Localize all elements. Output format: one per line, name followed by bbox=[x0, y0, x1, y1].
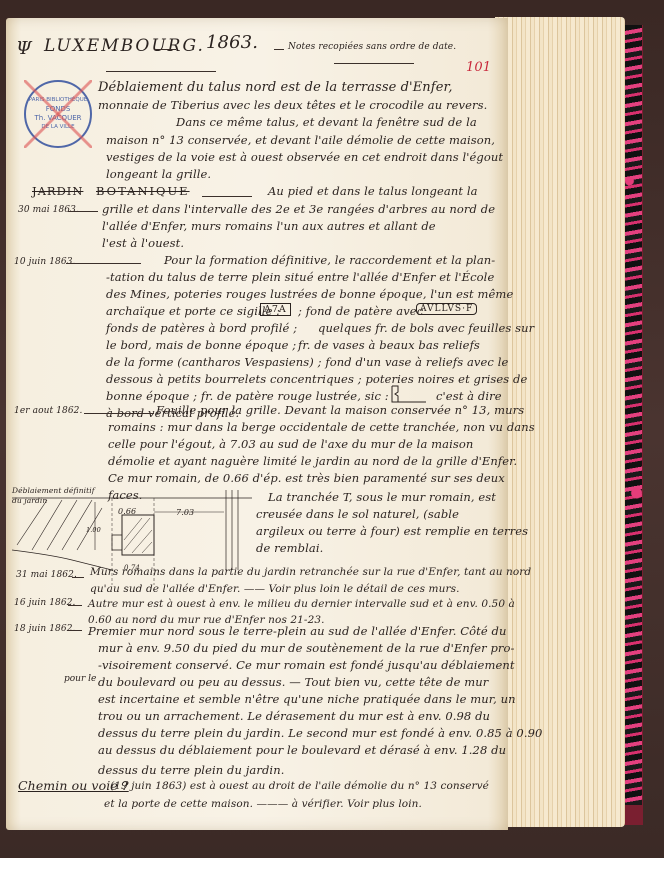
entry-line: -tation du talus de terre plein situé en… bbox=[106, 270, 494, 284]
page-title: LUXEMBOURG. bbox=[44, 36, 205, 56]
divider bbox=[334, 63, 414, 64]
intro-line: vestiges de la voie est à ouest observée… bbox=[106, 150, 503, 164]
entry-line: fr. de vases à beaux bas reliefs bbox=[298, 338, 480, 352]
entry-line: l'est à l'ouest. bbox=[102, 236, 184, 250]
entry-line: quelques fr. de bols avec feuilles sur bbox=[318, 321, 534, 335]
entry-line: archaïque et porte ce sigille : bbox=[106, 304, 280, 318]
divider bbox=[84, 413, 154, 414]
divider bbox=[106, 71, 216, 72]
entry-line: Pour la formation définitive, le raccord… bbox=[164, 253, 495, 267]
entry-line: le bord, mais de bonne époque ; bbox=[106, 338, 296, 352]
entry-line: l'allée d'Enfer, murs romains l'un aux a… bbox=[102, 219, 436, 233]
entry-line: Fouille pour la grille. Devant la maison… bbox=[156, 403, 524, 417]
sketch-dimension: 1.00 bbox=[86, 526, 101, 534]
intro-line: Dans ce même talus, et devant la fenêtre… bbox=[176, 115, 477, 129]
entry-line: argileux ou terre à four) est remplie en… bbox=[256, 524, 528, 538]
entry-line: c'est à dire bbox=[436, 389, 502, 403]
divider bbox=[72, 577, 84, 578]
sketch-dimension: 0.66 bbox=[118, 507, 136, 516]
entry-date: 31 mai 1862. bbox=[16, 570, 77, 580]
year: 1863. bbox=[206, 32, 258, 53]
intro-line: Déblaiement du talus nord est de la terr… bbox=[98, 80, 453, 95]
profile-sketch-icon bbox=[388, 384, 428, 404]
struck-heading: BOTANIQUE bbox=[96, 184, 190, 198]
entry-date: 16 juin 1862. bbox=[14, 598, 76, 608]
divider bbox=[202, 196, 252, 197]
entry-line: des Mines, poteries rouges lustrées de b… bbox=[106, 287, 513, 301]
entry-date: 30 mai 1863. bbox=[18, 205, 79, 215]
stamp-cancel-mark bbox=[24, 80, 92, 148]
entry-date: 10 juin 1863. bbox=[14, 257, 76, 267]
entry-line: fonds de patères à bord profilé ; bbox=[106, 321, 297, 335]
entry-line: bonne époque ; fr. de patère rouge lustr… bbox=[106, 389, 389, 403]
entry-line: qu'au sud de l'allée d'Enfer. —— Voir pl… bbox=[90, 583, 460, 595]
marbled-edge bbox=[624, 25, 642, 805]
divider bbox=[274, 49, 284, 50]
entry-line: mur à env. 9.50 du pied du mur de soutèn… bbox=[98, 641, 515, 655]
entry-line: dessus du terre plein du jardin. bbox=[98, 763, 284, 777]
divider bbox=[68, 211, 98, 212]
sigil-stamp: A7A bbox=[260, 303, 291, 316]
divider bbox=[68, 630, 82, 631]
entry-line: creusée dans le sol naturel, (sable bbox=[256, 507, 459, 521]
sketch-dimension: 7.03 bbox=[176, 508, 194, 517]
intro-line: monnaie de Tiberius avec les deux têtes … bbox=[98, 98, 487, 112]
entry-line: démolie et ayant naguère limité le jardi… bbox=[108, 454, 517, 468]
divider bbox=[68, 605, 82, 606]
entry-line: et la porte de cette maison. ——— à vérif… bbox=[104, 798, 422, 810]
struck-heading: JARDIN bbox=[32, 184, 83, 198]
divider bbox=[154, 49, 176, 50]
entry-line: La tranchée T, sous le mur romain, est bbox=[268, 490, 496, 504]
entry-line: Premier mur nord sous le terre-plein au … bbox=[88, 624, 507, 638]
entry-date: 1er aout 1862. bbox=[14, 406, 82, 416]
entry-line: est incertaine et semble n'être qu'une n… bbox=[98, 692, 516, 706]
entry-date: 18 juin 1862. bbox=[14, 624, 76, 634]
entry-line: celle pour l'égout, à 7.03 au sud de l'a… bbox=[108, 437, 473, 451]
entry-line: romains : mur dans la berge occidentale … bbox=[108, 420, 535, 434]
entry-line: de remblai. bbox=[256, 541, 323, 555]
entry-line: au dessus du déblaiement pour le bouleva… bbox=[98, 743, 506, 757]
entry-line: Au pied et dans le talus longeant la bbox=[268, 184, 478, 198]
entry-line: du boulevard ou peu au dessus. — Tout bi… bbox=[98, 675, 488, 689]
entry-line: trou ou un arrachement. Le dérasement du… bbox=[98, 709, 490, 723]
margin-mark: Ψ bbox=[16, 38, 32, 59]
entry-line: ; fond de patère avec bbox=[298, 304, 423, 318]
margin-note: pour le bbox=[64, 674, 96, 684]
folio-number: 101 bbox=[466, 60, 491, 75]
header-note: Notes recopiées sans ordre de date. bbox=[288, 42, 456, 52]
sigil-stamp: AVLLVS·F bbox=[416, 303, 477, 315]
entry-line: de la forme (cantharos Vespasiens) ; fon… bbox=[106, 355, 508, 369]
divider bbox=[66, 263, 141, 264]
entry-line: Ce mur romain, de 0.66 d'ép. est très bi… bbox=[108, 471, 505, 485]
entry-line: grille et dans l'intervalle des 2e et 3e… bbox=[102, 202, 495, 216]
entry-line: Autre mur est à ouest à env. le milieu d… bbox=[88, 598, 515, 610]
intro-line: longeant la grille. bbox=[106, 167, 211, 181]
intro-line: maison n° 13 conservée, et devant l'aile… bbox=[106, 133, 495, 147]
entry-line: dessous à petits bourrelets concentrique… bbox=[106, 372, 527, 386]
entry-line: dessus du terre plein du jardin. Le seco… bbox=[98, 726, 542, 740]
entry-line: (19 juin 1863) est à ouest au droit de l… bbox=[110, 780, 489, 792]
entry-line: -visoirement conservé. Ce mur romain est… bbox=[98, 658, 515, 672]
entry-line: Murs romains dans la partie du jardin re… bbox=[90, 566, 531, 578]
